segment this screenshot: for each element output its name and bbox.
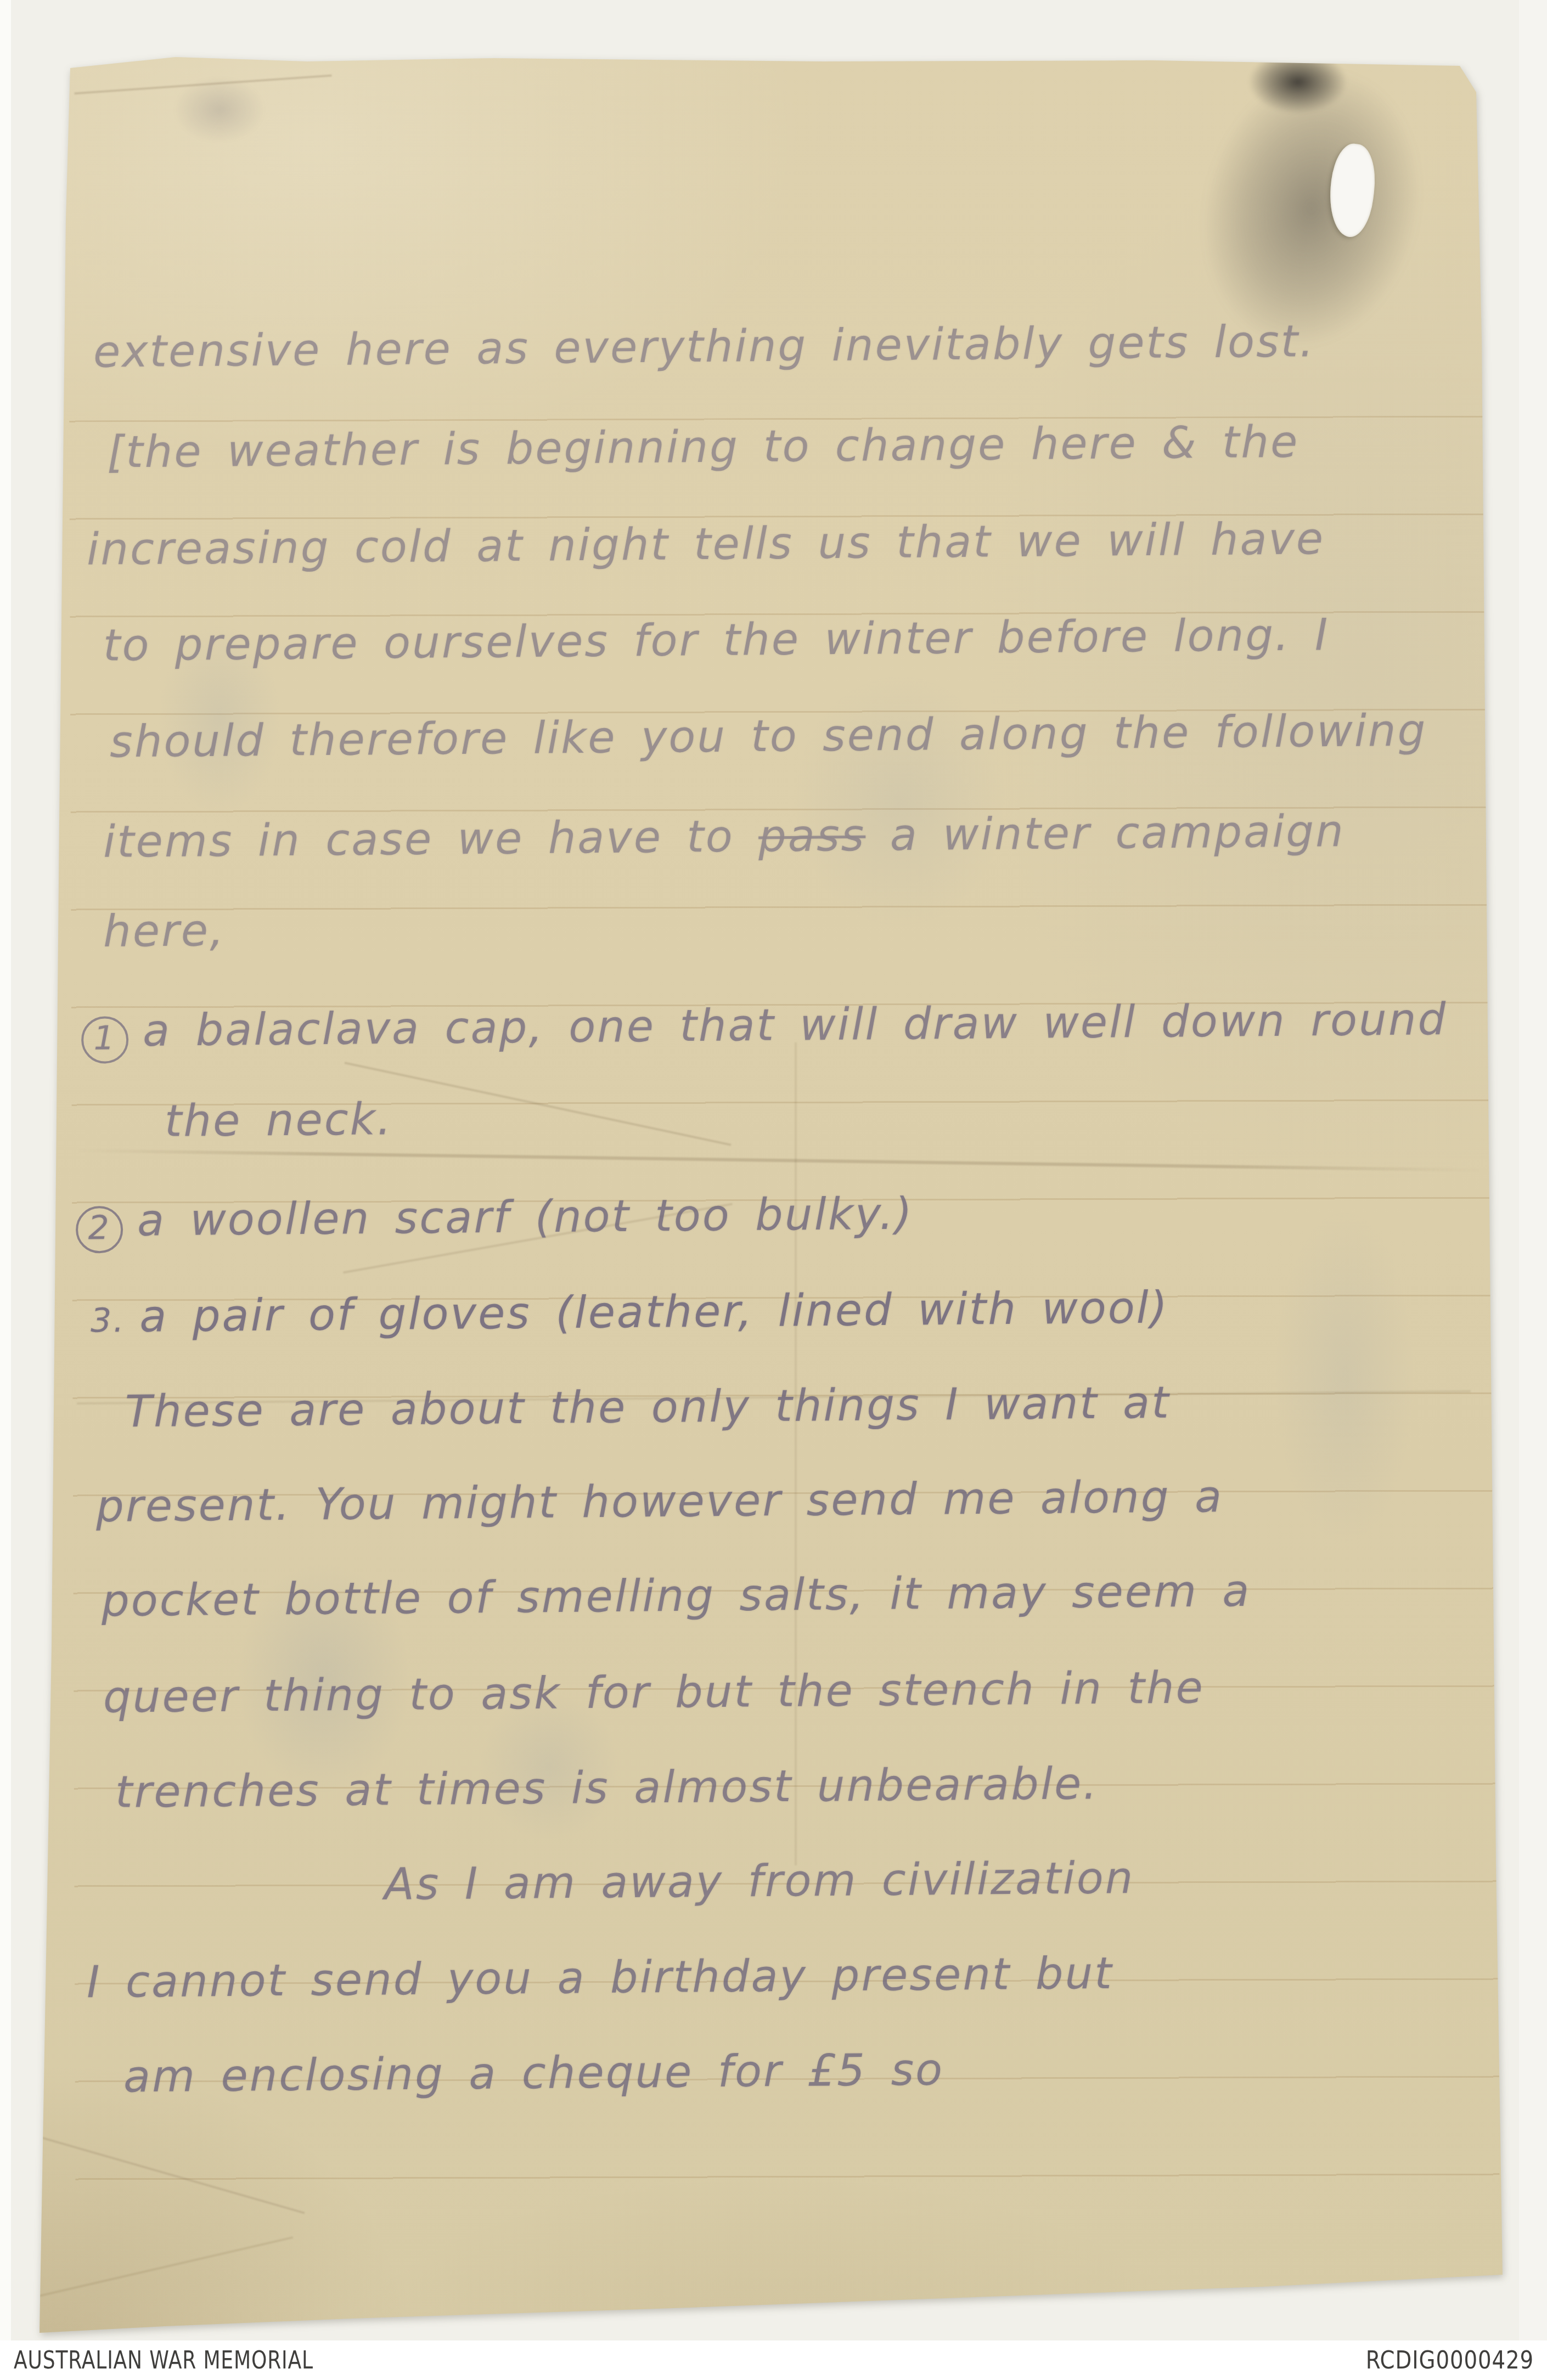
handwriting-text: pocket bottle of smelling salts, it may … [102, 1565, 1251, 1626]
handwriting-line: pocket bottle of smelling salts, it may … [102, 1565, 1251, 1626]
handwriting-line: should therefore like you to send along … [110, 705, 1427, 768]
handwriting-text: queer thing to ask for but the stench in… [103, 1662, 1205, 1723]
handwriting-text: a winter campaign [865, 805, 1345, 861]
handwriting-line: increasing cold at night tells us that w… [87, 513, 1325, 575]
handwriting-text: am enclosing a cheque for £5 so [123, 2044, 944, 2102]
list-marker: 2 [76, 1206, 123, 1254]
handwriting-text: to prepare ourselves for the winter befo… [103, 609, 1330, 670]
archive-name-label: AUSTRALIAN WAR MEMORIAL [14, 2347, 313, 2375]
handwriting-line: [the weather is beginning to change here… [107, 416, 1300, 478]
handwriting-line: I cannot send you a birthday present but [87, 1948, 1113, 2007]
handwriting-text: a woollen scarf (not too bulky.) [137, 1188, 914, 1245]
handwriting-line: the neck. [165, 1093, 393, 1147]
handwriting-line: These are about the only things I want a… [125, 1377, 1171, 1437]
handwriting-line: trenches at times is almost unbearable. [115, 1758, 1099, 1818]
handwriting-text: items in case we have to [103, 810, 759, 867]
paper-shadow: extensive here as everything inevitably … [0, 0, 1547, 2380]
scanned-letter-viewer: extensive here as everything inevitably … [0, 0, 1547, 2380]
handwriting-text: present. You might however send me along… [96, 1471, 1224, 1532]
handwriting-text: the neck. [165, 1093, 393, 1147]
handwriting-line: As I am away from civilization [384, 1852, 1135, 1910]
handwriting-text: a pair of gloves (leather, lined with wo… [139, 1282, 1169, 1341]
handwriting-line: here, [103, 905, 226, 957]
handwriting-text: As I am away from civilization [384, 1852, 1135, 1910]
handwriting-text: should therefore like you to send along … [110, 705, 1427, 768]
handwriting-line: 1a balaclava cap, one that will draw wel… [81, 994, 1448, 1064]
record-id-label: RCDIG0000429 [1366, 2347, 1534, 2375]
handwriting-text: I cannot send you a birthday present but [87, 1948, 1113, 2007]
handwriting-line: extensive here as everything inevitably … [93, 315, 1315, 377]
handwriting-text: [the weather is beginning to change here… [107, 416, 1300, 478]
handwriting-text: pass [758, 810, 866, 862]
handwriting-line: 2a woollen scarf (not too bulky.) [76, 1188, 914, 1253]
list-marker: 1 [81, 1016, 129, 1064]
handwriting-line: to prepare ourselves for the winter befo… [103, 609, 1330, 670]
handwriting-text: increasing cold at night tells us that w… [87, 513, 1325, 575]
handwriting-text: These are about the only things I want a… [125, 1377, 1171, 1437]
list-marker: 3. [91, 1301, 126, 1340]
handwriting: extensive here as everything inevitably … [0, 0, 1547, 2380]
handwriting-line: queer thing to ask for but the stench in… [103, 1662, 1205, 1723]
handwriting-text: a balaclava cap, one that will draw well… [143, 994, 1448, 1056]
handwriting-text: trenches at times is almost unbearable. [115, 1758, 1099, 1818]
handwriting-line: am enclosing a cheque for £5 so [123, 2044, 944, 2102]
handwriting-line: 3.a pair of gloves (leather, lined with … [91, 1282, 1169, 1342]
handwriting-line: items in case we have to pass a winter c… [103, 805, 1346, 867]
handwriting-text: extensive here as everything inevitably … [93, 315, 1315, 377]
handwriting-line: present. You might however send me along… [96, 1471, 1224, 1532]
caption-bar: AUSTRALIAN WAR MEMORIAL RCDIG0000429 [0, 2340, 1547, 2380]
handwriting-text: here, [103, 905, 226, 957]
letter-page: extensive here as everything inevitably … [0, 0, 1547, 2380]
